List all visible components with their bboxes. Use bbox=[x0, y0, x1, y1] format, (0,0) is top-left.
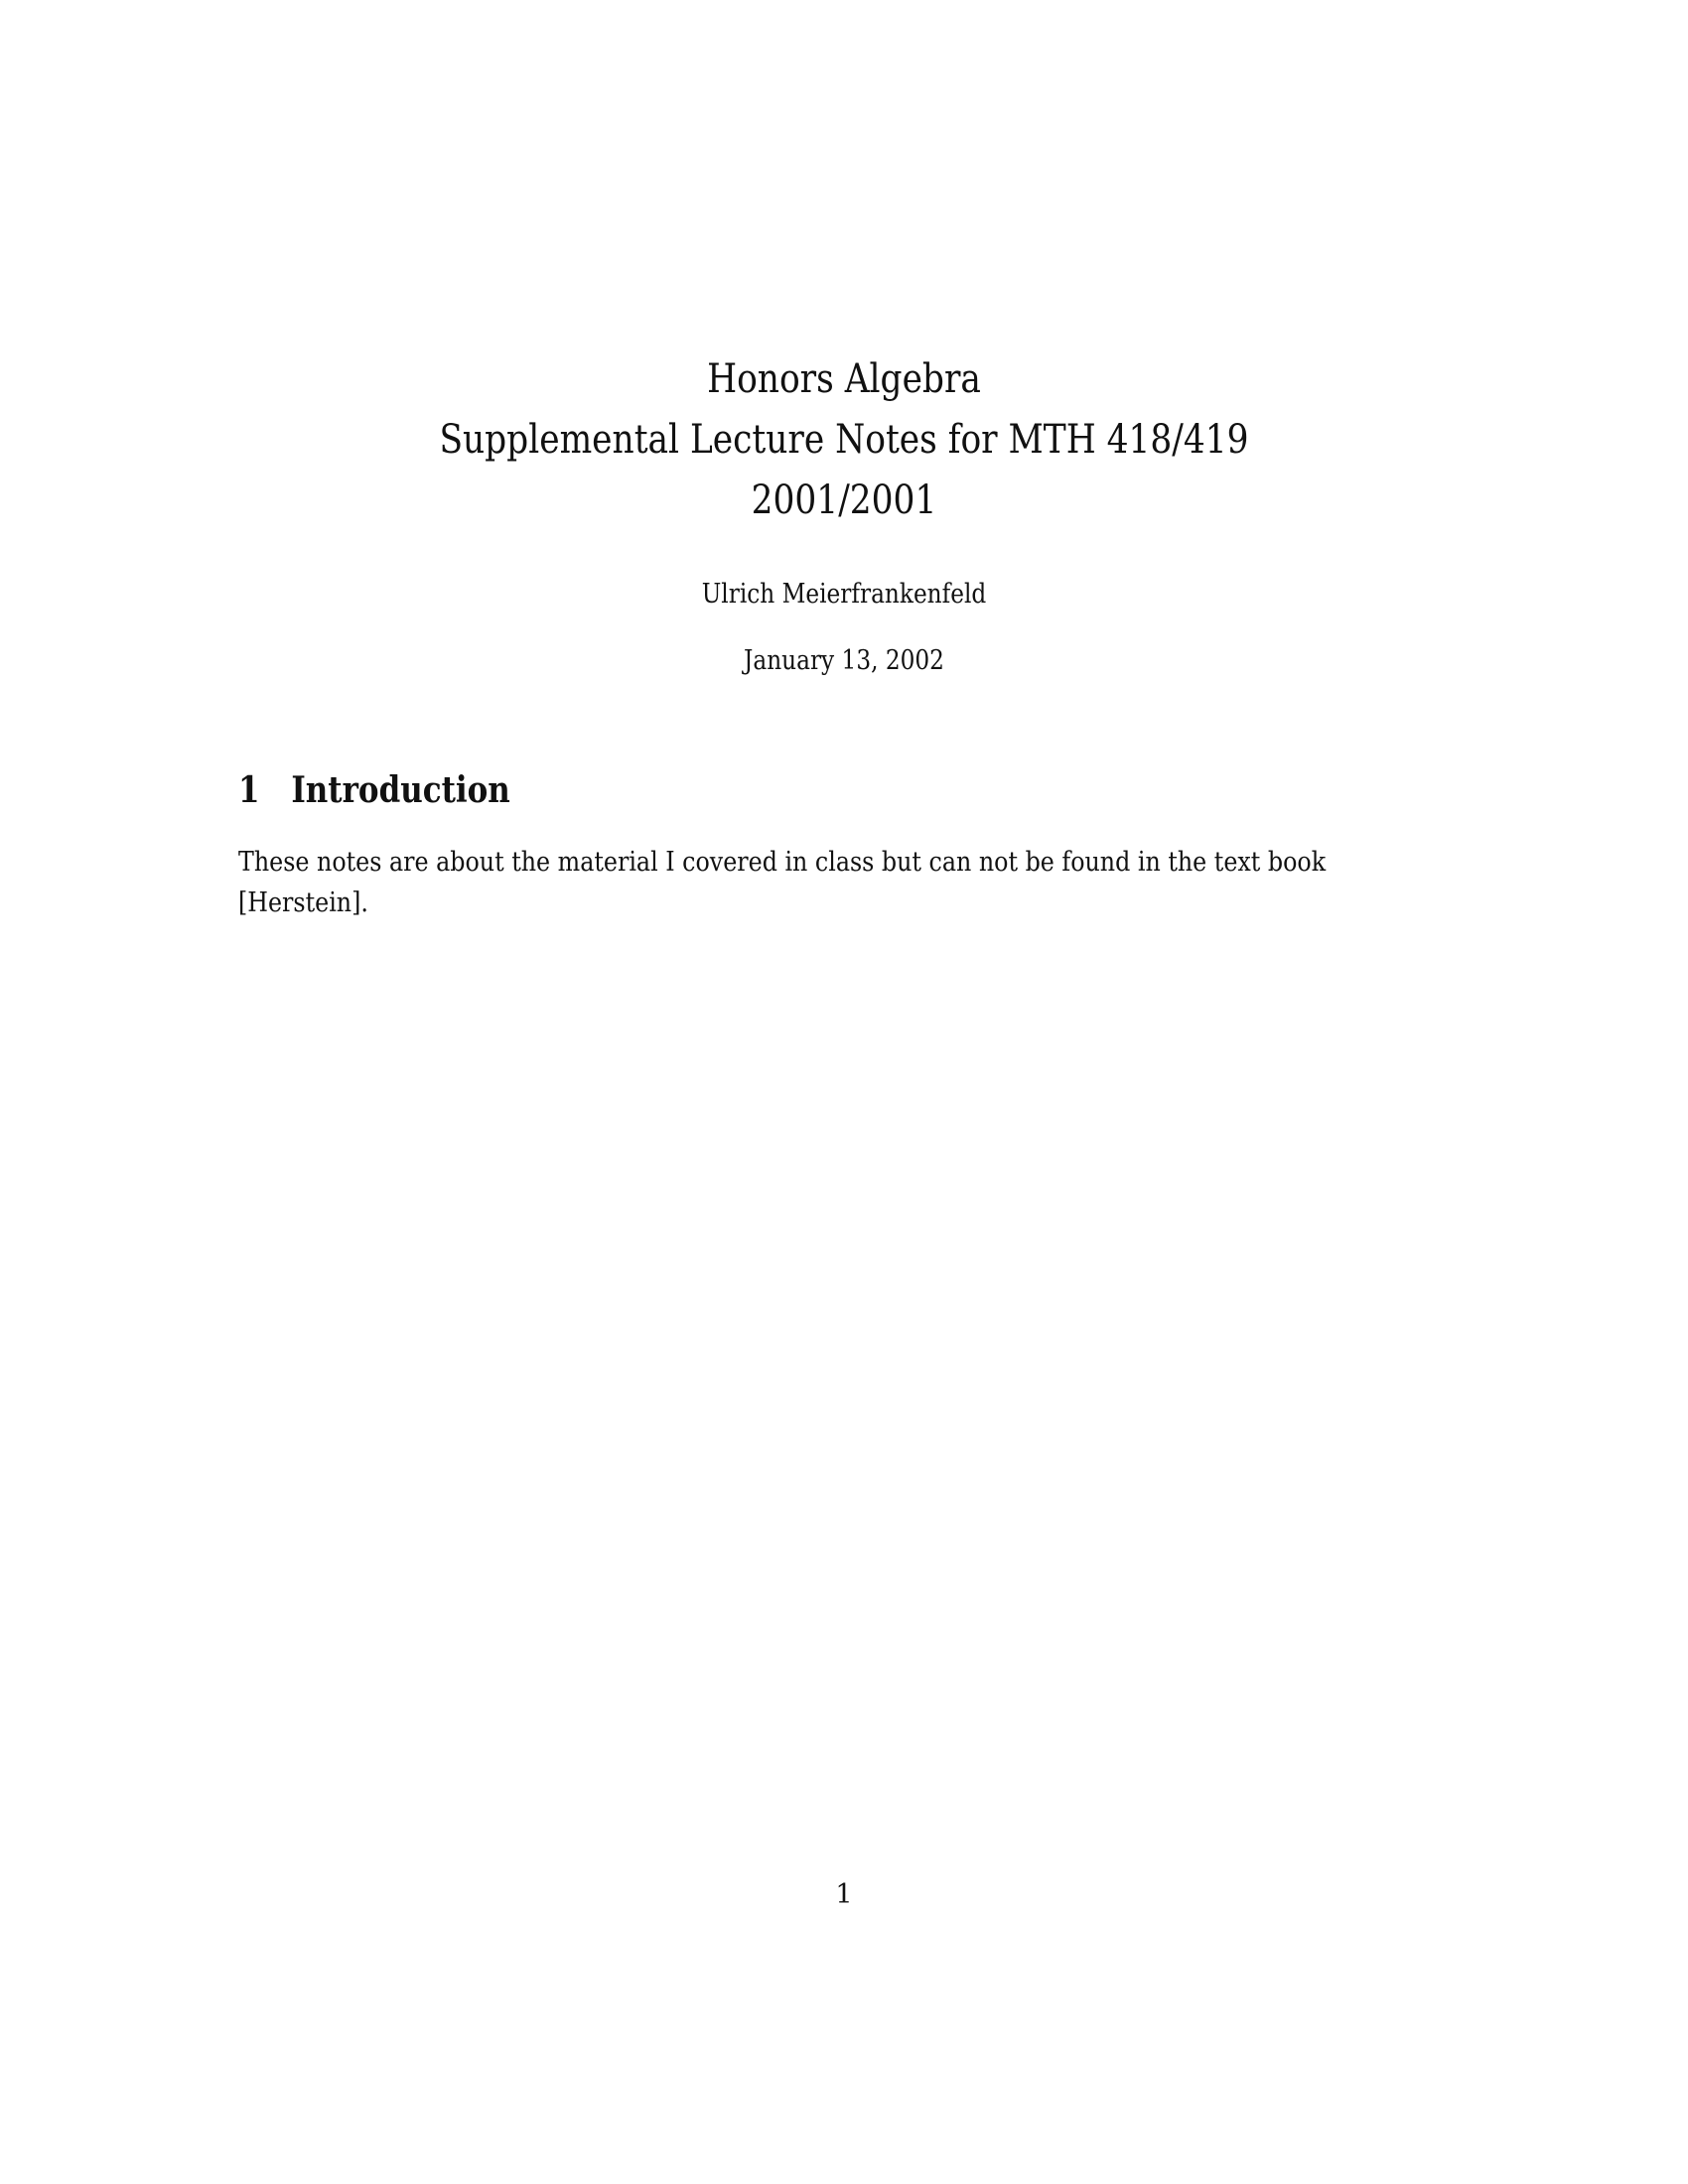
paragraph: These notes are about the material I cov… bbox=[238, 842, 1436, 923]
title-line-1: Honors Algebra bbox=[118, 349, 1570, 410]
date: January 13, 2002 bbox=[118, 645, 1570, 676]
section-number: 1 bbox=[238, 769, 291, 811]
title-line-2: Supplemental Lecture Notes for MTH 418/4… bbox=[118, 410, 1570, 471]
title-line-3: 2001/2001 bbox=[118, 471, 1570, 531]
page-number: 1 bbox=[0, 1879, 1688, 1910]
section-title: Introduction bbox=[291, 769, 509, 811]
author: Ulrich Meierfrankenfeld bbox=[118, 579, 1570, 610]
document-title: Honors Algebra Supplemental Lecture Note… bbox=[118, 349, 1570, 531]
section-heading: 1Introduction bbox=[238, 769, 510, 811]
